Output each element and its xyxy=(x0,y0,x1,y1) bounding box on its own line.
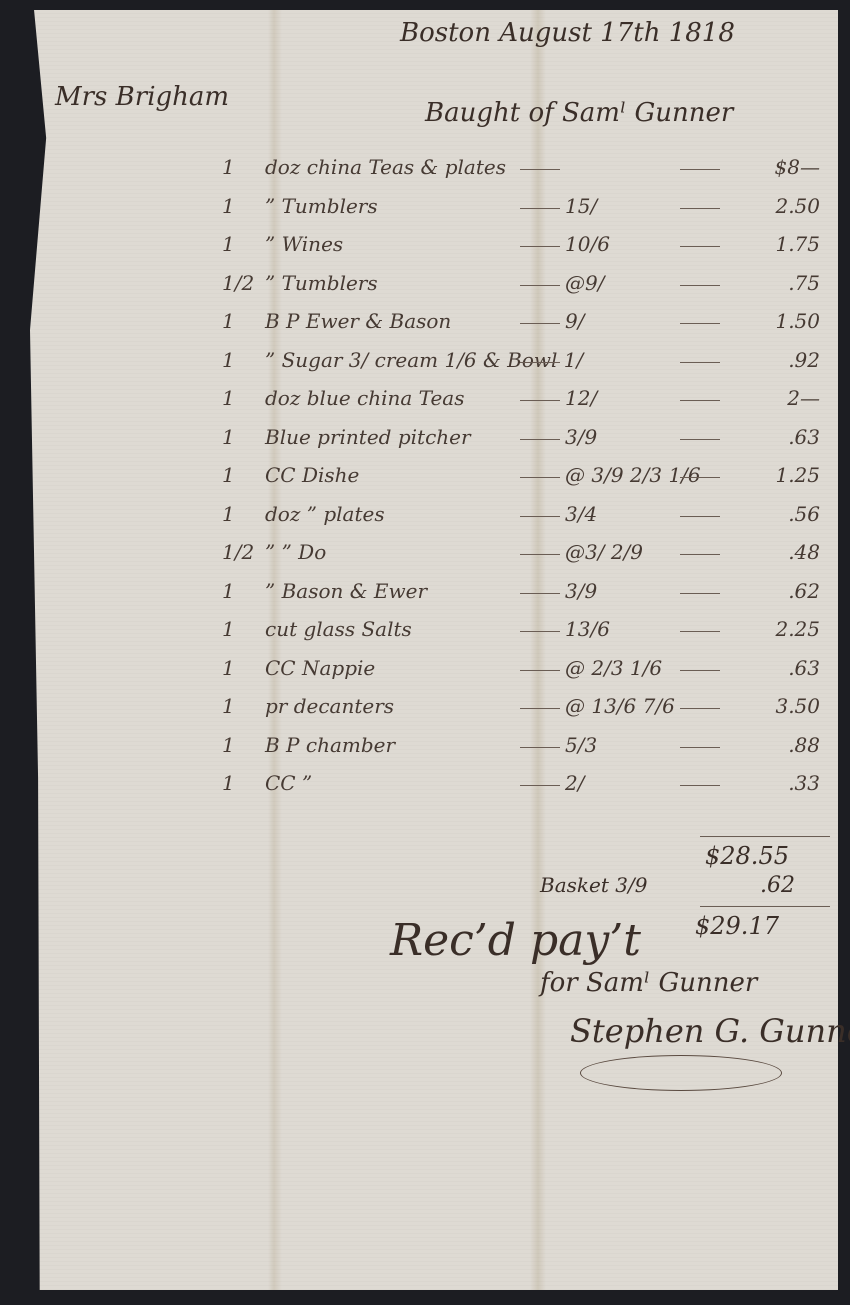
item-qty: 1/2 xyxy=(222,540,254,564)
leader-dash xyxy=(520,208,560,209)
item-qty: 1 xyxy=(222,425,235,449)
item-description: doz china Teas & plates xyxy=(265,155,506,179)
item-qty: 1 xyxy=(222,194,235,218)
item-amount: .62 xyxy=(730,579,820,603)
grand-total: $29.17 xyxy=(695,912,779,940)
leader-dash xyxy=(520,631,560,632)
item-amount: .92 xyxy=(730,348,820,372)
leader-dash xyxy=(680,400,720,401)
item-description: ” Bason & Ewer xyxy=(265,579,427,603)
item-amount: .63 xyxy=(730,425,820,449)
line-item: 1/2” ” Do@3/ 2/9.48 xyxy=(0,540,850,580)
item-rate: @ 13/6 7/6 xyxy=(565,694,675,718)
item-description: ” Tumblers xyxy=(265,194,378,218)
line-item: 1doz blue china Teas12/2— xyxy=(0,386,850,426)
leader-dash xyxy=(520,477,560,478)
total-rule xyxy=(700,906,830,907)
item-qty: 1 xyxy=(222,771,235,795)
signature-flourish xyxy=(580,1055,782,1091)
line-item: 1doz ” plates3/4.56 xyxy=(0,502,850,542)
place-date: Boston August 17th 1818 xyxy=(400,18,735,48)
leader-dash xyxy=(680,516,720,517)
leader-dash xyxy=(520,554,560,555)
leader-dash xyxy=(520,285,560,286)
item-amount: 1.25 xyxy=(730,463,820,487)
leader-dash xyxy=(680,246,720,247)
leader-dash xyxy=(680,208,720,209)
item-qty: 1 xyxy=(222,155,235,179)
item-qty: 1 xyxy=(222,386,235,410)
line-item: 1doz china Teas & plates$8— xyxy=(0,155,850,195)
item-rate: 9/ xyxy=(565,309,584,333)
leader-dash xyxy=(520,246,560,247)
line-item: 1cut glass Salts13/62.25 xyxy=(0,617,850,657)
item-amount: 1.50 xyxy=(730,309,820,333)
item-description: Blue printed pitcher xyxy=(265,425,471,449)
line-item: 1” Wines10/61.75 xyxy=(0,232,850,272)
item-description: CC Dishe xyxy=(265,463,359,487)
item-description: CC Nappie xyxy=(265,656,375,680)
item-rate: @ 2/3 1/6 xyxy=(565,656,662,680)
item-amount: .88 xyxy=(730,733,820,757)
item-description: pr decanters xyxy=(265,694,394,718)
item-qty: 1 xyxy=(222,579,235,603)
item-description: doz ” plates xyxy=(265,502,385,526)
leader-dash xyxy=(520,323,560,324)
item-amount: 2— xyxy=(730,386,820,410)
item-amount: .63 xyxy=(730,656,820,680)
line-item: 1B P chamber5/3.88 xyxy=(0,733,850,773)
item-amount: 3.50 xyxy=(730,694,820,718)
item-qty: 1 xyxy=(222,617,235,641)
item-rate: 2/ xyxy=(565,771,584,795)
line-item: 1/2” Tumblers@9/.75 xyxy=(0,271,850,311)
leader-dash xyxy=(680,631,720,632)
customer-name: Mrs Brigham xyxy=(55,82,229,112)
item-qty: 1/2 xyxy=(222,271,254,295)
item-rate: 5/3 xyxy=(565,733,597,757)
item-qty: 1 xyxy=(222,348,235,372)
item-description: ” Wines xyxy=(265,232,343,256)
item-qty: 1 xyxy=(222,232,235,256)
subtotal-rule xyxy=(700,836,830,837)
line-item: 1” Tumblers15/2.50 xyxy=(0,194,850,234)
basket-amount: .62 xyxy=(760,873,795,898)
basket-label: Basket 3/9 xyxy=(540,873,647,897)
item-description: CC ” xyxy=(265,771,312,795)
item-amount: 1.75 xyxy=(730,232,820,256)
item-rate: 3/9 xyxy=(565,425,597,449)
line-item: 1B P Ewer & Bason9/1.50 xyxy=(0,309,850,349)
leader-dash xyxy=(680,169,720,170)
item-description: doz blue china Teas xyxy=(265,386,464,410)
leader-dash xyxy=(520,516,560,517)
leader-dash xyxy=(680,439,720,440)
item-amount: $8— xyxy=(730,155,820,179)
item-rate: 12/ xyxy=(565,386,597,410)
item-description: cut glass Salts xyxy=(265,617,412,641)
subtotal: $28.55 xyxy=(705,842,789,870)
leader-dash xyxy=(680,785,720,786)
item-rate: 10/6 xyxy=(565,232,610,256)
item-amount: 2.50 xyxy=(730,194,820,218)
leader-dash xyxy=(680,477,720,478)
item-qty: 1 xyxy=(222,656,235,680)
leader-dash xyxy=(680,593,720,594)
item-description: B P chamber xyxy=(265,733,395,757)
item-description: B P Ewer & Bason xyxy=(265,309,451,333)
item-amount: .75 xyxy=(730,271,820,295)
item-qty: 1 xyxy=(222,502,235,526)
item-rate: 13/6 xyxy=(565,617,610,641)
item-qty: 1 xyxy=(222,463,235,487)
seller-line: Baught of Samˡ Gunner xyxy=(425,98,733,128)
leader-dash xyxy=(520,439,560,440)
for-line: for Samˡ Gunner xyxy=(540,968,757,998)
leader-dash xyxy=(520,670,560,671)
signature: Stephen G. Gunner xyxy=(570,1012,850,1050)
item-description: ” Sugar 3/ cream 1/6 & Bowl 1/ xyxy=(265,348,583,372)
leader-dash xyxy=(520,785,560,786)
item-amount: .56 xyxy=(730,502,820,526)
item-rate: 3/9 xyxy=(565,579,597,603)
received-payment: Rec’d pay’t xyxy=(390,915,641,966)
item-qty: 1 xyxy=(222,694,235,718)
item-amount: 2.25 xyxy=(730,617,820,641)
leader-dash xyxy=(680,708,720,709)
line-item: 1” Sugar 3/ cream 1/6 & Bowl 1/.92 xyxy=(0,348,850,388)
item-rate: 15/ xyxy=(565,194,597,218)
leader-dash xyxy=(520,169,560,170)
item-amount: .33 xyxy=(730,771,820,795)
leader-dash xyxy=(680,323,720,324)
leader-dash xyxy=(680,362,720,363)
leader-dash xyxy=(520,593,560,594)
item-qty: 1 xyxy=(222,733,235,757)
leader-dash xyxy=(520,400,560,401)
item-rate: @3/ 2/9 xyxy=(565,540,643,564)
item-rate: @ 3/9 2/3 1/6 xyxy=(565,463,701,487)
leader-dash xyxy=(520,708,560,709)
line-item: 1CC Dishe@ 3/9 2/3 1/61.25 xyxy=(0,463,850,503)
item-description: ” ” Do xyxy=(265,540,326,564)
leader-dash xyxy=(680,554,720,555)
leader-dash xyxy=(680,670,720,671)
line-item: 1pr decanters@ 13/6 7/63.50 xyxy=(0,694,850,734)
item-description: ” Tumblers xyxy=(265,271,378,295)
item-rate: 3/4 xyxy=(565,502,597,526)
leader-dash xyxy=(520,747,560,748)
item-amount: .48 xyxy=(730,540,820,564)
line-item: 1Blue printed pitcher3/9.63 xyxy=(0,425,850,465)
leader-dash xyxy=(680,285,720,286)
line-item: 1CC Nappie@ 2/3 1/6.63 xyxy=(0,656,850,696)
line-item: 1CC ”2/.33 xyxy=(0,771,850,811)
leader-dash xyxy=(680,747,720,748)
item-qty: 1 xyxy=(222,309,235,333)
item-rate: @9/ xyxy=(565,271,604,295)
line-item: 1” Bason & Ewer3/9.62 xyxy=(0,579,850,619)
leader-dash xyxy=(520,362,560,363)
